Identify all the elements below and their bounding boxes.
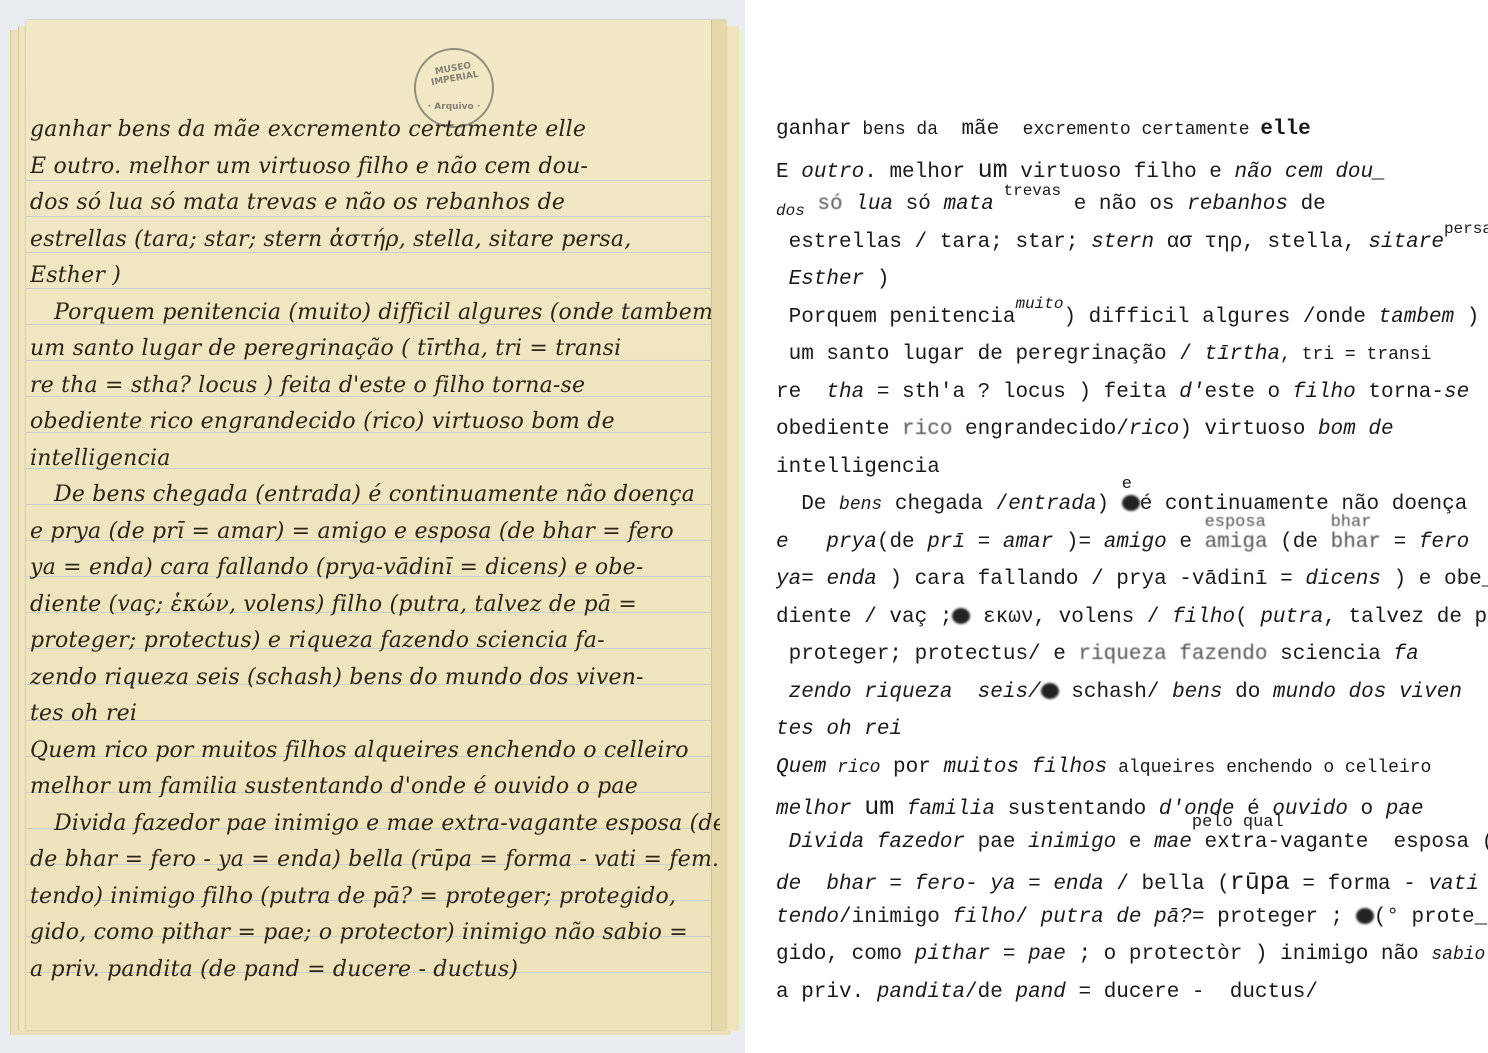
segment-text: = xyxy=(965,531,1003,554)
segment-text: ya xyxy=(776,568,801,591)
struck-word: esposaamiga xyxy=(1205,531,1268,554)
text-segment: mata xyxy=(943,193,993,216)
segment-text: chegada / xyxy=(882,493,1008,516)
handwritten-line: Divida fazedor pae inimigo e mae extra-v… xyxy=(30,806,720,843)
segment-text: putra xyxy=(1260,606,1323,629)
text-segment: , tri = transi xyxy=(1280,345,1431,365)
segment-text: (° prote_ xyxy=(1374,906,1487,929)
segment-text: elle xyxy=(1260,118,1310,141)
text-segment: e xyxy=(776,531,801,554)
text-segment: proteger; protectus/ e xyxy=(776,643,1078,666)
segment-text: - xyxy=(965,873,990,896)
segment-text: / xyxy=(1015,906,1040,929)
text-segment: - xyxy=(965,873,990,896)
text-segment: o xyxy=(1348,798,1386,821)
transcription-line: E outro. melhor um virtuoso filho e não … xyxy=(776,156,1476,194)
text-segment: gido, como xyxy=(776,943,915,966)
interlinear-note: e xyxy=(1122,475,1132,494)
text-segment: muito xyxy=(1015,295,1063,313)
segment-text: rūpa xyxy=(1230,868,1290,897)
segment-text: e xyxy=(1116,831,1154,854)
text-segment: pandita xyxy=(877,981,965,1004)
text-segment: schash/ xyxy=(1059,681,1172,704)
transcription-line: dos só lua só mata trevas e não os reban… xyxy=(776,193,1476,231)
ink-blot-mark xyxy=(1122,495,1140,511)
handwritten-line: diente (vaç; ἑκών, volens) filho (putra,… xyxy=(30,587,720,624)
text-segment: rico xyxy=(1129,418,1179,441)
segment-text: bens da xyxy=(852,120,949,140)
segment-text: e xyxy=(776,531,801,554)
segment-text: amiga xyxy=(1205,531,1268,554)
text-segment: amigo xyxy=(1104,531,1167,554)
transcription-line: um santo lugar de peregrinação / tīrtha,… xyxy=(776,343,1476,381)
ink-blot-mark xyxy=(1356,908,1374,924)
segment-text: mãe xyxy=(949,118,1012,141)
segment-text: mae xyxy=(1154,831,1192,854)
segment-text: a priv. xyxy=(776,981,877,1004)
handwritten-line: e prya (de prī = amar) = amigo e esposa … xyxy=(30,514,720,551)
segment-text: muitos filhos xyxy=(931,756,1107,779)
segment-text: d' xyxy=(1179,381,1204,404)
segment-text: , talvez de pā = xyxy=(1323,606,1488,629)
segment-text: = xyxy=(990,943,1028,966)
text-segment: persa xyxy=(1444,220,1488,238)
transcription-line: zendo riqueza seis/ schash/ bens do mund… xyxy=(776,681,1476,719)
segment-text: sitare xyxy=(1368,231,1444,254)
text-segment: bens xyxy=(1172,681,1222,704)
segment-text: o xyxy=(1348,798,1386,821)
text-segment: = xyxy=(1479,873,1488,896)
text-segment: este o xyxy=(1205,381,1293,404)
segment-text: (de xyxy=(877,531,927,554)
handwritten-line: re tha = stha? locus ) feita d'este o fi… xyxy=(30,368,720,405)
ink-blot xyxy=(1041,681,1059,704)
struck-word: só xyxy=(805,193,855,216)
segment-text: pae xyxy=(965,831,1028,854)
segment-text: continuamente não doença xyxy=(1152,493,1467,516)
text-segment: virtuoso filho e xyxy=(1008,161,1235,184)
text-segment: outro xyxy=(789,161,865,184)
text-segment: pae xyxy=(1386,798,1424,821)
text-segment: rico xyxy=(826,758,880,778)
text-segment: pithar xyxy=(915,943,991,966)
transcription-line: re tha = sth'a ? locus ) feita d'este o … xyxy=(776,381,1476,419)
segment-text: Esther xyxy=(776,268,864,291)
segment-text: excremento certamente xyxy=(1012,120,1260,140)
text-segment: ) virtuoso xyxy=(1179,418,1318,441)
segment-text: tes oh rei xyxy=(776,718,902,741)
text-segment: bens da xyxy=(852,120,949,140)
text-segment: bens xyxy=(839,495,882,515)
handwritten-line: intelligencia xyxy=(30,441,720,478)
text-segment: / bella ( xyxy=(1104,873,1230,896)
text-segment: (de xyxy=(1268,531,1331,554)
transcription-line: Porquem penitenciamuito) difficil algure… xyxy=(776,306,1476,344)
segment-text: sabio xyxy=(1431,945,1485,965)
segment-text: = xyxy=(1479,873,1488,896)
text-segment: só xyxy=(893,193,943,216)
text-segment: mae xyxy=(1154,831,1192,854)
text-segment: filho xyxy=(1293,381,1356,404)
text-segment: diente / vaç ; xyxy=(776,606,952,629)
segment-text: prī xyxy=(927,531,965,554)
segment-text: filho xyxy=(1293,381,1356,404)
text-segment: intelligencia xyxy=(776,456,940,479)
ink-blot xyxy=(952,606,970,629)
segment-text: enda xyxy=(826,568,876,591)
text-segment: obediente xyxy=(776,418,902,441)
segment-text: alqueires enchendo o celleiro xyxy=(1107,758,1431,778)
segment-text: filho xyxy=(952,906,1015,929)
segment-text: se xyxy=(1444,381,1469,404)
interlinear-note: esposa xyxy=(1205,513,1266,532)
segment-text: tīrtha xyxy=(1204,343,1280,366)
segment-text: Divida fazedor xyxy=(776,831,965,854)
text-segment: tīrtha xyxy=(1204,343,1280,366)
segment-text: fero xyxy=(1419,531,1469,554)
text-segment: sitare xyxy=(1368,231,1444,254)
text-segment: rebanhos xyxy=(1187,193,1288,216)
segment-text: = xyxy=(1381,531,1419,554)
segment-text: prya xyxy=(801,531,877,554)
text-segment: entrada xyxy=(1008,493,1096,516)
transcription-line: Quem rico por muitos filhos alqueires en… xyxy=(776,756,1476,794)
transcription-line: tendo/inimigo filho/ putra de pā?= prote… xyxy=(776,906,1476,944)
segment-text: seis/ xyxy=(952,681,1040,704)
manuscript-scan: MUSEO IMPERIAL · Arquivo · ganhar bens d… xyxy=(0,0,745,1053)
segment-text: ) xyxy=(1096,493,1121,516)
transcription-line: ganhar bens da mãe excremento certamente… xyxy=(776,118,1476,156)
segment-text: este o xyxy=(1205,381,1293,404)
text-segment: se xyxy=(1444,381,1469,404)
segment-text: fa xyxy=(1394,643,1419,666)
typed-transcription: ganhar bens da mãe excremento certamente… xyxy=(776,118,1476,1018)
text-segment: ) cara fallando / prya -vādinī = xyxy=(877,568,1305,591)
text-segment: Quem xyxy=(776,756,826,779)
text-segment: tes oh rei xyxy=(776,718,902,741)
text-segment: = xyxy=(801,568,826,591)
text-segment: lua xyxy=(855,193,893,216)
segment-text: pandita xyxy=(877,981,965,1004)
segment-text: schash/ xyxy=(1059,681,1172,704)
handwritten-line: ya = enda) cara fallando (prya-vādinī = … xyxy=(30,550,720,587)
text-segment: rūpa xyxy=(1230,868,1290,897)
text-segment: ) difficil algures /onde xyxy=(1063,306,1378,329)
handwritten-line: a priv. pandita (de pand = ducere - duct… xyxy=(30,952,720,989)
ink-blot-mark xyxy=(1041,683,1059,699)
segment-text: = sth'a ? locus ) feita xyxy=(864,381,1179,404)
segment-text: bhar xyxy=(1331,531,1381,554)
text-segment: ασ τηρ, stella, xyxy=(1154,231,1368,254)
handwritten-line: proteger; protectus) e riqueza fazendo s… xyxy=(30,623,720,660)
segment-text: torna- xyxy=(1356,381,1444,404)
segment-text: um xyxy=(864,793,894,822)
transcription-line: obediente rico engrandecido/rico) virtuo… xyxy=(776,418,1476,456)
text-segment: ( xyxy=(1235,606,1260,629)
ink-blot: eé xyxy=(1122,493,1153,516)
segment-text: amar xyxy=(1003,531,1053,554)
text-segment: bom de xyxy=(1318,418,1394,441)
text-segment: mundo dos viven xyxy=(1273,681,1462,704)
text-segment: , talvez de pā = xyxy=(1323,606,1488,629)
text-segment: sabio xyxy=(1431,945,1485,965)
handwritten-line: dos só lua só mata trevas e não os reban… xyxy=(30,185,720,222)
text-segment: e xyxy=(1167,531,1205,554)
text-segment: bhar xyxy=(814,873,877,896)
text-segment: seis/ xyxy=(952,681,1040,704)
text-segment: inimigo xyxy=(1028,831,1116,854)
segment-text: ) virtuoso xyxy=(1179,418,1318,441)
segment-text: zendo riqueza xyxy=(776,681,952,704)
text-segment: e não os xyxy=(1061,193,1187,216)
text-segment: pae xyxy=(965,831,1028,854)
struck-word: riqueza fazendo xyxy=(1078,643,1267,666)
text-segment: = sth'a ? locus ) feita xyxy=(864,381,1179,404)
text-segment: de xyxy=(776,873,814,896)
segment-text: mata xyxy=(943,193,993,216)
text-segment: dicens xyxy=(1305,568,1381,591)
transcription-line: gido, como pithar = pae ; o protectòr ) … xyxy=(776,943,1476,981)
transcription-line: de bhar = fero- ya = enda / bella (rūpa … xyxy=(776,868,1476,906)
segment-text: riqueza fazendo xyxy=(1078,643,1267,666)
segment-text: E xyxy=(776,161,789,184)
transcription-line: Esther ) xyxy=(776,268,1476,306)
transcription-line: estrellas / tara; star; stern ασ τηρ, st… xyxy=(776,231,1476,269)
segment-text: rico xyxy=(826,758,880,778)
text-segment: = proteger ; xyxy=(1192,906,1356,929)
segment-text: rico xyxy=(902,418,952,441)
text-segment: de xyxy=(1288,193,1326,216)
text-segment: fero xyxy=(915,873,965,896)
segment-text: de xyxy=(776,873,814,896)
segment-text: = xyxy=(1016,873,1054,896)
segment-text: entrada xyxy=(1008,493,1096,516)
segment-text: só xyxy=(805,193,855,216)
transcription-line: e prya(de prī = amar )= amigo e esposaam… xyxy=(776,531,1476,569)
text-segment: Porquem penitencia xyxy=(776,306,1015,329)
text-segment: ) e obe_ xyxy=(1381,568,1488,591)
segment-text: engrandecido/ xyxy=(952,418,1128,441)
segment-text: persa xyxy=(1444,220,1488,238)
transcription-line: melhor um familia sustentando d'onde é o… xyxy=(776,793,1476,831)
segment-text: e xyxy=(1167,531,1205,554)
handwritten-line: estrellas (tara; star; stern ἀστήρ, stel… xyxy=(30,222,720,259)
segment-text: melhor xyxy=(776,798,864,821)
segment-text: mundo dos viven xyxy=(1273,681,1462,704)
segment-text: /inimigo xyxy=(839,906,952,929)
transcription-line: tes oh rei xyxy=(776,718,1476,756)
segment-text: esposa ( xyxy=(1368,831,1488,854)
stamp-top-text: MUSEO IMPERIAL xyxy=(415,58,493,91)
segment-text: do xyxy=(1223,681,1273,704)
text-segment: = xyxy=(990,943,1028,966)
handwritten-line: Porquem penitencia (muito) difficil algu… xyxy=(30,295,720,332)
text-segment: chegada / xyxy=(882,493,1008,516)
ink-blot-mark xyxy=(952,608,970,624)
segment-text: = xyxy=(877,873,915,896)
text-segment: esposa ( xyxy=(1368,831,1488,854)
transcription-line: proteger; protectus/ e riqueza fazendo s… xyxy=(776,643,1476,681)
segment-text: bom de xyxy=(1318,418,1394,441)
text-segment: tambem xyxy=(1379,306,1455,329)
text-segment: não cem dou_ xyxy=(1235,161,1386,184)
text-segment: filho xyxy=(1172,606,1235,629)
segment-text: ( xyxy=(1235,606,1260,629)
text-segment: fero xyxy=(1419,531,1469,554)
text-segment: = xyxy=(877,873,915,896)
segment-text: = proteger ; xyxy=(1192,906,1356,929)
text-segment: (° prote_ xyxy=(1374,906,1487,929)
segment-text: fero xyxy=(915,873,965,896)
text-segment: putra xyxy=(1260,606,1323,629)
text-segment: tha xyxy=(814,381,864,404)
segment-text: ) xyxy=(1454,306,1479,329)
text-segment: estrellas / tara; star; xyxy=(776,231,1091,254)
text-segment: ; o protectòr ) inimigo não xyxy=(1066,943,1431,966)
segment-text: (de xyxy=(1268,531,1331,554)
text-segment: um xyxy=(978,156,1008,185)
interlinear-note: pelo qual xyxy=(1192,813,1284,832)
text-segment: alqueires enchendo o celleiro xyxy=(1107,758,1431,778)
text-segment: excremento certamente xyxy=(1012,120,1260,140)
segment-text: ) difficil algures /onde xyxy=(1063,306,1378,329)
text-segment: mãe xyxy=(949,118,1012,141)
segment-text: sciencia xyxy=(1267,643,1393,666)
segment-text: Porquem penitencia xyxy=(776,306,1015,329)
ink-blot xyxy=(1356,906,1374,929)
text-segment: prī xyxy=(927,531,965,554)
segment-text: /de xyxy=(965,981,1015,1004)
text-segment: ya xyxy=(776,568,801,591)
text-segment: / xyxy=(1015,906,1040,929)
segment-text: = ducere - ductus/ xyxy=(1066,981,1318,1004)
handwritten-line: ganhar bens da mãe excremento certamente… xyxy=(30,112,720,149)
text-segment: elle xyxy=(1260,118,1310,141)
text-segment: = xyxy=(965,531,1003,554)
segment-text: bens xyxy=(1172,681,1222,704)
struck-word: bharbhar xyxy=(1331,531,1381,554)
text-segment: torna- xyxy=(1356,381,1444,404)
text-segment: )= xyxy=(1053,531,1103,554)
segment-text: um xyxy=(978,156,1008,185)
text-segment: = forma - xyxy=(1290,873,1429,896)
segment-text: bens xyxy=(839,495,882,515)
segment-text: dos xyxy=(776,202,805,220)
segment-text: dicens xyxy=(1305,568,1381,591)
handwritten-text: ganhar bens da mãe excremento certamente… xyxy=(30,112,720,988)
handwritten-line: de bhar = fero - ya = enda) bella (rūpa … xyxy=(30,842,720,879)
text-segment: = xyxy=(1016,873,1054,896)
text-segment: . melhor xyxy=(864,161,977,184)
text-segment: ) xyxy=(864,268,889,291)
text-segment: zendo riqueza xyxy=(776,681,952,704)
segment-text: tha xyxy=(814,381,864,404)
segment-text: virtuoso filho e xyxy=(1008,161,1235,184)
segment-text: um santo lugar de peregrinação / xyxy=(776,343,1204,366)
text-segment: familia xyxy=(894,798,995,821)
handwritten-line: um santo lugar de peregrinação ( tīrtha,… xyxy=(30,331,720,368)
handwritten-line: gido, como pithar = pae; o protector) in… xyxy=(30,915,720,952)
segment-text: ganhar xyxy=(776,118,852,141)
text-segment: engrandecido/ xyxy=(952,418,1128,441)
transcription-line: ya= enda ) cara fallando / prya -vādinī … xyxy=(776,568,1476,606)
text-segment: E xyxy=(776,161,789,184)
text-segment: re xyxy=(776,381,814,404)
text-segment: pand xyxy=(1015,981,1065,1004)
text-segment: stern xyxy=(1091,231,1154,254)
segment-text: outro xyxy=(789,161,865,184)
segment-text: de xyxy=(1288,193,1326,216)
segment-text: filho xyxy=(1172,606,1235,629)
handwritten-line: obediente rico engrandecido (rico) virtu… xyxy=(30,404,720,441)
text-segment: Esther xyxy=(776,268,864,291)
text-segment: um xyxy=(864,793,894,822)
text-segment: sustentando xyxy=(995,798,1159,821)
segment-text: familia xyxy=(894,798,995,821)
text-segment: fa xyxy=(1394,643,1419,666)
handwritten-line: Esther ) xyxy=(30,258,720,295)
segment-text: )= xyxy=(1053,531,1103,554)
text-segment: ganhar xyxy=(776,118,852,141)
interlinear-note: bhar xyxy=(1331,513,1372,532)
segment-text: enda xyxy=(1053,873,1103,896)
segment-text: sustentando xyxy=(995,798,1159,821)
segment-text: pae xyxy=(1028,943,1066,966)
text-segment: melhor xyxy=(776,798,864,821)
handwritten-line: Quem rico por muitos filhos alqueires en… xyxy=(30,733,720,770)
text-segment: trevas xyxy=(994,182,1061,200)
transcription-line: a priv. pandita/de pand = ducere - ductu… xyxy=(776,981,1476,1019)
segment-text: só xyxy=(893,193,943,216)
segment-text: pand xyxy=(1015,981,1065,1004)
segment-text: e não os xyxy=(1061,193,1187,216)
segment-text: ; o protectòr ) inimigo não xyxy=(1066,943,1431,966)
handwritten-line: tendo) inimigo filho (putra de pā? = pro… xyxy=(30,879,720,916)
text-segment: vati xyxy=(1428,873,1478,896)
text-segment: tendo xyxy=(776,906,839,929)
text-segment: do xyxy=(1223,681,1273,704)
segment-text: ασ τηρ, stella, xyxy=(1154,231,1368,254)
segment-text: amigo xyxy=(1104,531,1167,554)
text-segment: (de xyxy=(877,531,927,554)
segment-text: inimigo xyxy=(1028,831,1116,854)
segment-text: rico xyxy=(1129,418,1179,441)
segment-text: extra-vagante xyxy=(1192,831,1368,854)
text-segment: amar xyxy=(1003,531,1053,554)
segment-text: Quem xyxy=(776,756,826,779)
segment-text: = forma - xyxy=(1290,873,1429,896)
transcription-line: Divida fazedor pae inimigo e maepelo qua… xyxy=(776,831,1476,869)
segment-text: stern xyxy=(1091,231,1154,254)
handwritten-line: tes oh rei xyxy=(30,696,720,733)
text-segment: De xyxy=(776,493,839,516)
handwritten-line: melhor um familia sustentando d'onde é o… xyxy=(30,769,720,806)
struck-word: rico xyxy=(902,418,952,441)
handwritten-line: zendo riqueza seis (schash) bens do mund… xyxy=(30,660,720,697)
segment-text: putra de pā? xyxy=(1041,906,1192,929)
text-segment: pelo qual extra-vagante xyxy=(1192,831,1368,854)
segment-text: intelligencia xyxy=(776,456,940,479)
text-segment: dos xyxy=(776,202,805,220)
segment-text: por xyxy=(880,756,930,779)
segment-text: trevas xyxy=(994,182,1061,200)
text-segment: /de xyxy=(965,981,1015,1004)
text-segment: /inimigo xyxy=(839,906,952,929)
segment-text: proteger; protectus/ e xyxy=(776,643,1078,666)
text-segment: prya xyxy=(801,531,877,554)
text-segment: pae xyxy=(1028,943,1066,966)
text-segment: enda xyxy=(826,568,876,591)
